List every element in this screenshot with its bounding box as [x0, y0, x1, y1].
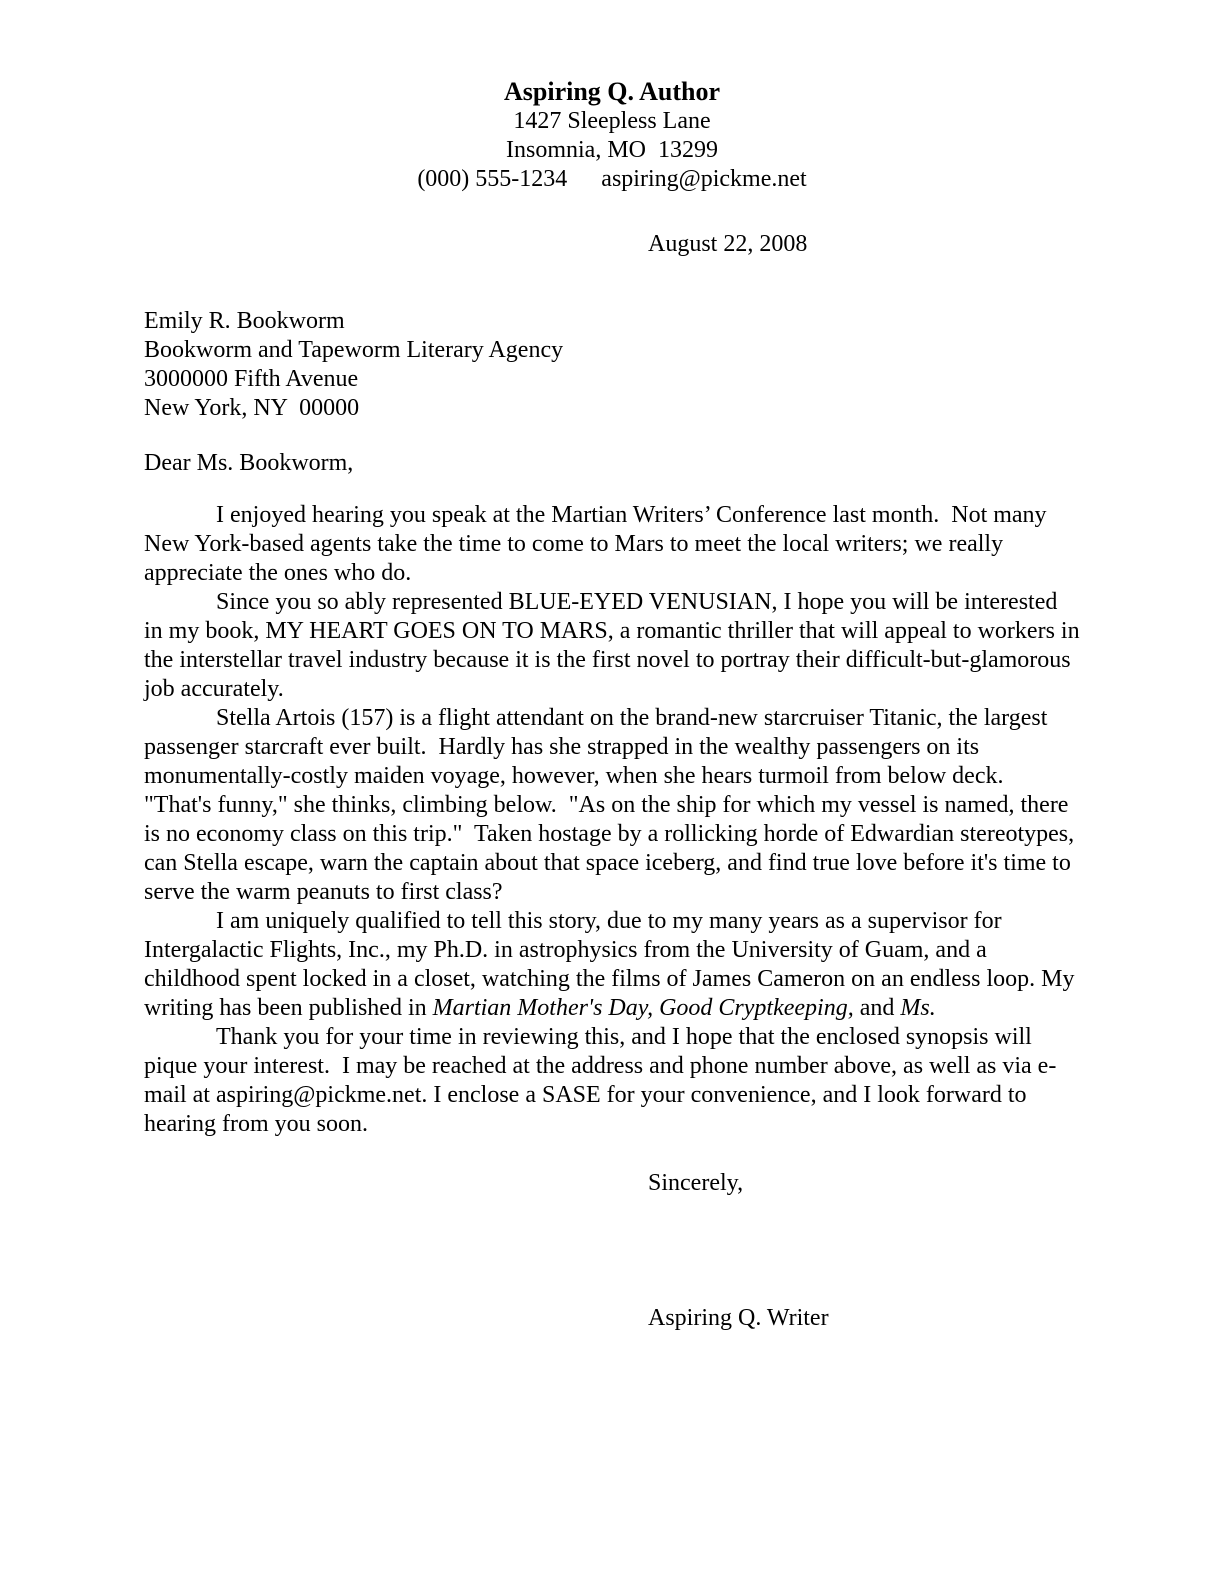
letter-content: Aspiring Q. Author 1427 Sleepless Lane I… — [0, 0, 1224, 1333]
paragraph-thanks: Thank you for your time in reviewing thi… — [144, 1023, 1080, 1139]
publication-titles-italic: Martian Mother's Day, Good Cryptkeeping, — [433, 995, 854, 1021]
paragraph-pitch: Since you so ably represented BLUE-EYED … — [144, 588, 1080, 704]
sender-contact-line: (000) 555-1234aspiring@pickme.net — [144, 165, 1080, 194]
sender-address-line1: 1427 Sleepless Lane — [144, 107, 1080, 136]
sender-phone: (000) 555-1234 — [417, 166, 567, 192]
recipient-company: Bookworm and Tapeworm Literary Agency — [144, 336, 1080, 365]
publication-title-ms-italic: Ms. — [900, 995, 935, 1021]
recipient-block: Emily R. Bookworm Bookworm and Tapeworm … — [144, 307, 1080, 423]
letter-date: August 22, 2008 — [648, 230, 1080, 259]
recipient-name: Emily R. Bookworm — [144, 307, 1080, 336]
credentials-conjunction: and — [854, 995, 901, 1021]
sender-email: aspiring@pickme.net — [601, 166, 806, 192]
letter-page: Aspiring Q. Author 1427 Sleepless Lane I… — [0, 0, 1224, 1584]
paragraph-synopsis: Stella Artois (157) is a flight attendan… — [144, 704, 1080, 907]
paragraph-credentials: I am uniquely qualified to tell this sto… — [144, 907, 1080, 1023]
sender-address-line2: Insomnia, MO 13299 — [144, 136, 1080, 165]
closing-block: Sincerely, Aspiring Q. Writer — [144, 1169, 1080, 1333]
valediction: Sincerely, — [648, 1169, 1080, 1198]
recipient-city: New York, NY 00000 — [144, 394, 1080, 423]
salutation: Dear Ms. Bookworm, — [144, 449, 1080, 478]
signature-name: Aspiring Q. Writer — [648, 1304, 1080, 1333]
sender-name: Aspiring Q. Author — [144, 76, 1080, 107]
sender-block: Aspiring Q. Author 1427 Sleepless Lane I… — [144, 76, 1080, 194]
paragraph-intro: I enjoyed hearing you speak at the Marti… — [144, 501, 1080, 588]
recipient-street: 3000000 Fifth Avenue — [144, 365, 1080, 394]
letter-body: I enjoyed hearing you speak at the Marti… — [144, 501, 1080, 1139]
